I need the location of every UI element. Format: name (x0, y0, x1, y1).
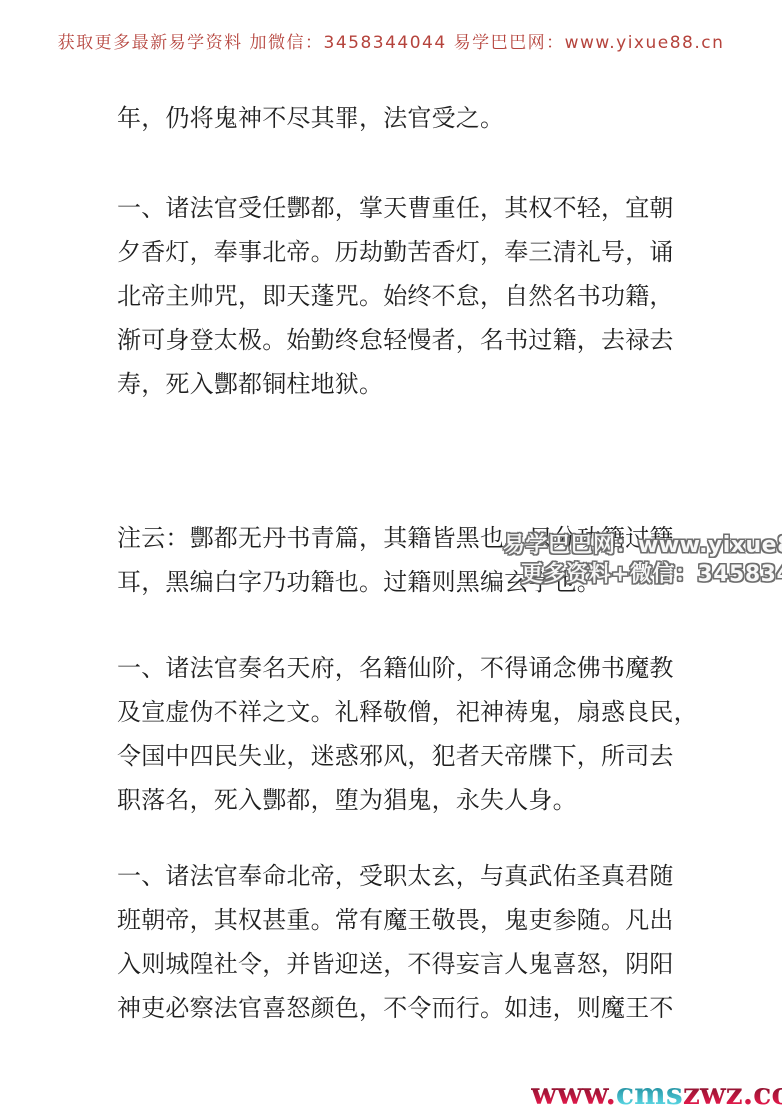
header-promo-notice: 获取更多最新易学资料 加微信：3458344044 易学巴巴网：www.yixu… (0, 28, 782, 53)
watermark-site-line: 易学巴巴网：www.yixue88.cn (503, 528, 782, 559)
text-line: 入则城隍社令，并皆迎送，不得妄言人鬼喜怒，阴阳 (117, 942, 673, 986)
text-line: 一、诸法官奉命北帝，受职太玄，与真武佑圣真君随 (117, 854, 673, 898)
footer-url-segment: www. (531, 1077, 616, 1112)
footer-site-url: www.cmszwz.com (531, 1077, 782, 1112)
paragraph: 一、诸法官奏名天府，名籍仙阶，不得诵念佛书魔教及宣虚伪不祥之文。礼释敬僧，祀神祷… (117, 646, 673, 822)
paragraph: 一、诸法官奉命北帝，受职太玄，与真武佑圣真君随班朝帝，其权甚重。常有魔王敬畏，鬼… (117, 854, 673, 1030)
text-line: 年，仍将鬼神不尽其罪，法官受之。 (117, 96, 673, 140)
text-line: 夕香灯，奉事北帝。历劫勤苦香灯，奉三清礼号，诵 (117, 230, 673, 274)
text-line: 一、诸法官奏名天府，名籍仙阶，不得诵念佛书魔教 (117, 646, 673, 690)
text-line: 班朝帝，其权甚重。常有魔王敬畏，鬼吏参随。凡出 (117, 898, 673, 942)
text-line: 令国中四民失业，迷惑邪风，犯者天帝牒下，所司去 (117, 734, 673, 778)
text-line: 职落名，死入酆都，堕为猖鬼，永失人身。 (117, 778, 673, 822)
text-line: 渐可身登太极。始勤终怠轻慢者，名书过籍，去禄去 (117, 318, 673, 362)
text-line: 北帝主帅咒，即天蓬咒。始终不怠，自然名书功籍， (117, 274, 673, 318)
text-line: 神吏必察法官喜怒颜色，不令而行。如违，则魔王不 (117, 986, 673, 1030)
text-line: 一、诸法官受任酆都，掌天曹重任，其权不轻，宜朝 (117, 186, 673, 230)
paragraph: 一、诸法官受任酆都，掌天曹重任，其权不轻，宜朝夕香灯，奉事北帝。历劫勤苦香灯，奉… (117, 186, 673, 406)
text-line: 及宣虚伪不祥之文。礼释敬僧，祀神祷鬼，扇惑良民， (117, 690, 673, 734)
footer-url-segment: cms (616, 1077, 683, 1112)
paragraph: 年，仍将鬼神不尽其罪，法官受之。 (117, 96, 673, 140)
text-line: 寿，死入酆都铜柱地狱。 (117, 362, 673, 406)
watermark-wechat-line: 更多资料+微信：3458344044 (521, 557, 782, 588)
scanned-document-page: 获取更多最新易学资料 加微信：3458344044 易学巴巴网：www.yixu… (0, 0, 782, 1114)
footer-url-segment: zwz.com (683, 1077, 782, 1112)
